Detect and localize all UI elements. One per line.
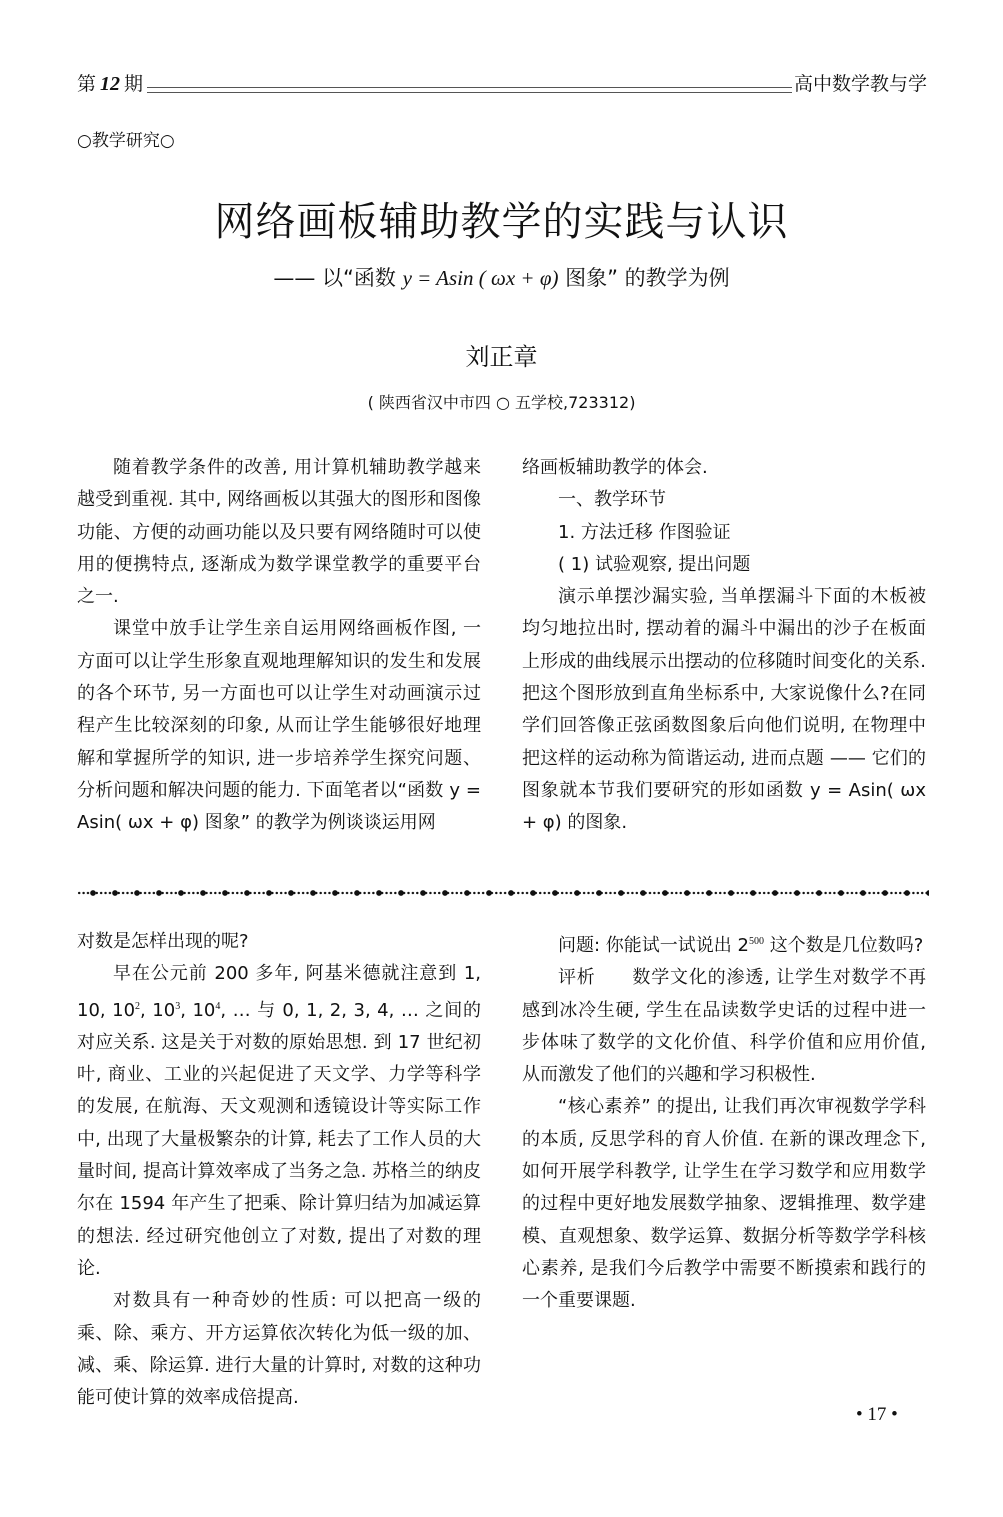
text-run: 这个数是几位数吗? bbox=[764, 935, 923, 956]
section-heading: 一、教学环节 bbox=[522, 484, 926, 516]
author-affiliation: ( 陕西省汉中市四 ○ 五学校,723312) bbox=[0, 390, 1003, 413]
article-subtitle: —— 以“函数 y = Asin ( ωx + φ) 图象” 的教学为例 bbox=[0, 262, 1003, 292]
text-run: , 10 bbox=[140, 1000, 175, 1021]
subsubsection-heading: ( 1) 试验观察, 提出问题 bbox=[522, 549, 926, 581]
text-run: 问题: 你能试一试说出 2 bbox=[558, 935, 749, 956]
issue-prefix: 第 bbox=[77, 73, 96, 95]
column-tag: ○教学研究○ bbox=[77, 126, 175, 151]
subtitle-formula: y = Asin ( ωx + φ) bbox=[403, 266, 559, 290]
superscript: 500 bbox=[749, 936, 764, 947]
article-title: 网络画板辅助教学的实践与认识 bbox=[0, 190, 1003, 247]
paragraph-continuation: 络画板辅助教学的体会. bbox=[522, 452, 926, 484]
author-name: 刘正章 bbox=[0, 337, 1003, 372]
section-separator-dotted-line bbox=[77, 889, 929, 897]
text-run: , … 与 0, 1, 2, 3, 4, … 之间的对应关系. 这是关于对数的原… bbox=[77, 1000, 481, 1279]
upper-left-column: 随着教学条件的改善, 用计算机辅助教学越来越受到重视. 其中, 网络画板以其强大… bbox=[77, 452, 481, 840]
issue-suffix: 期 bbox=[124, 73, 143, 95]
header-double-rule bbox=[147, 87, 792, 93]
text-run: , 10 bbox=[180, 1000, 215, 1021]
journal-name: 高中数学教与学 bbox=[794, 72, 927, 96]
issue-label: 第12期 bbox=[77, 72, 143, 96]
lower-left-column: 对数是怎样出现的呢? 早在公元前 200 多年, 阿基米德就注意到 1, 10,… bbox=[77, 926, 481, 1414]
issue-number: 12 bbox=[100, 73, 120, 95]
page-number: • 17 • bbox=[856, 1404, 898, 1426]
subtitle-prefix: —— 以“函数 bbox=[273, 266, 396, 290]
lower-right-column: 问题: 你能试一试说出 2500 这个数是几位数吗? 评析数学文化的渗透, 让学… bbox=[522, 926, 926, 1318]
paragraph: 演示单摆沙漏实验, 当单摆漏斗下面的木板被均匀地拉出时, 摆动着的漏斗中漏出的沙… bbox=[522, 581, 926, 839]
paragraph: 课堂中放手让学生亲自运用网络画板作图, 一方面可以让学生形象直观地理解知识的发生… bbox=[77, 613, 481, 839]
analysis-label: 评析 bbox=[558, 967, 596, 988]
question-paragraph: 问题: 你能试一试说出 2500 这个数是几位数吗? bbox=[522, 926, 926, 962]
paragraph-opening: 对数是怎样出现的呢? bbox=[77, 926, 481, 958]
analysis-paragraph: 评析数学文化的渗透, 让学生对数学不再感到冰冷生硬, 学生在品读数学史话的过程中… bbox=[522, 962, 926, 1091]
upper-right-column: 络画板辅助教学的体会. 一、教学环节 1. 方法迁移 作图验证 ( 1) 试验观… bbox=[522, 452, 926, 840]
paragraph: 随着教学条件的改善, 用计算机辅助教学越来越受到重视. 其中, 网络画板以其强大… bbox=[77, 452, 481, 613]
paragraph: 对数具有一种奇妙的性质: 可以把高一级的乘、除、乘方、开方运算依次转化为低一级的… bbox=[77, 1285, 481, 1414]
paragraph: 早在公元前 200 多年, 阿基米德就注意到 1, 10, 102, 103, … bbox=[77, 958, 481, 1285]
subtitle-suffix: 图象” 的教学为例 bbox=[565, 266, 730, 290]
running-header: 第12期 高中数学教与学 bbox=[77, 64, 927, 96]
paragraph: “核心素养” 的提出, 让我们再次审视数学学科的本质, 反思学科的育人价值. 在… bbox=[522, 1091, 926, 1317]
subsection-heading: 1. 方法迁移 作图验证 bbox=[522, 517, 926, 549]
